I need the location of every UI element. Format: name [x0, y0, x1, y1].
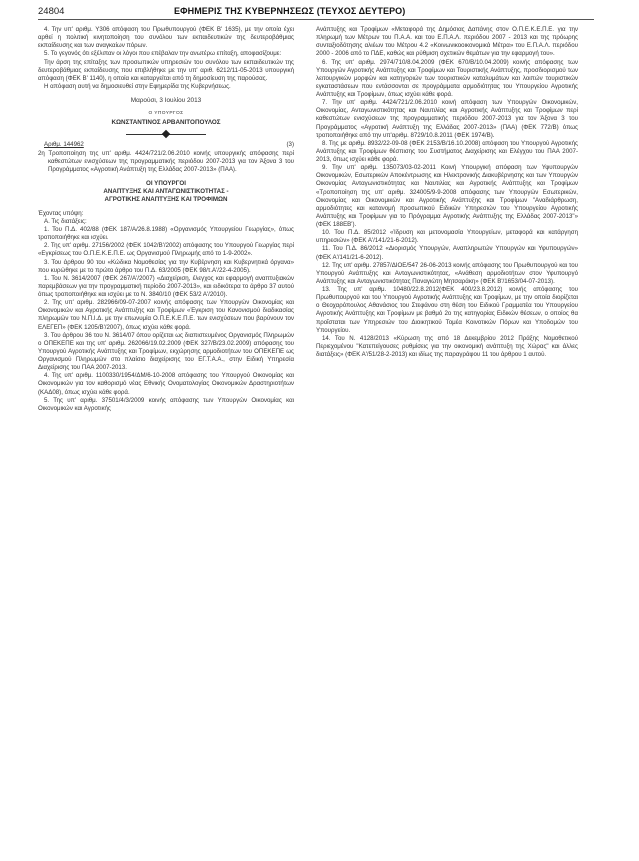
paragraph: Ανάπτυξης και Τροφίμων «Μεταφορά της Δημ… — [316, 26, 578, 59]
place-date: Μαρούσι, 3 Ιουλίου 2013 — [38, 97, 294, 105]
minister-name: ΚΩΝΣΤΑΝΤΙΝΟΣ ΑΡΒΑΝΙΤΟΠΟΥΛΟΣ — [38, 119, 294, 127]
ministers-title: ΟΙ ΥΠΟΥΡΓΟΙ ΑΝΑΠΤΥΞΗΣ ΚΑΙ ΑΝΤΑΓΩΝΙΣΤΙΚΟΤ… — [38, 180, 294, 205]
ministers-title-line: ΑΝΑΠΤΥΞΗΣ ΚΑΙ ΑΝΤΑΓΩΝΙΣΤΙΚΟΤΗΤΑΣ - — [103, 188, 228, 195]
section-a-label: Α. Τις διατάξεις: — [38, 218, 294, 226]
paragraph: 1. Του Π.Δ. 402/88 (ΦΕΚ 187/Α/26.8.1988)… — [38, 226, 294, 242]
decision-sequence: (3) — [280, 141, 294, 149]
paragraph: 13. Της υπ' αριθμ. 10480/22.8.2012(ΦΕΚ 4… — [316, 286, 578, 335]
paragraph: 3. Του άρθρου 36 του Ν. 3614/07 όπου ορί… — [38, 332, 294, 373]
decision-header: Αριθμ. 144962 (3) — [38, 141, 294, 149]
paragraph: 6. Της υπ' αριθμ. 2974/710/8.04.2009 (ΦΕ… — [316, 59, 578, 100]
paragraph: 4. Την υπ' αριθμ. Υ306 απόφαση του Πρωθυ… — [38, 26, 294, 50]
paragraph: 12. Της υπ' αριθμ. 27857/ΔΙΟΕ/547 26-06-… — [316, 262, 578, 286]
paragraph: 5. Το γεγονός ότι εξέλιπαν οι λόγοι που … — [38, 50, 294, 58]
paragraph: 10. Του Π.Δ. 85/2012 «Ίδρυση και μετονομ… — [316, 229, 578, 245]
left-column: 4. Την υπ' αριθμ. Υ306 απόφαση του Πρωθυ… — [38, 26, 294, 413]
decision-subject: 2η Τροποποίηση της υπ' αριθμ. 4424/721/2… — [38, 150, 294, 174]
paragraph: 9. Την υπ' αριθμ. 135073/03-02-2011 Κοιν… — [316, 164, 578, 229]
paragraph: 4. Της υπ' αριθμ. 1100330/1954/ΔΜ/6-10-2… — [38, 372, 294, 396]
diamond-icon — [162, 130, 170, 138]
page-header: 24804 ΕΦΗΜΕΡΙΣ ΤΗΣ ΚΥΒΕΡΝΗΣΕΩΣ (ΤΕΥΧΟΣ Δ… — [38, 5, 594, 20]
paragraph: 11. Του Π.Δ. 86/2012 «Διορισμός Υπουργών… — [316, 245, 578, 261]
decision-number: Αριθμ. 144962 — [38, 141, 84, 149]
right-column: Ανάπτυξης και Τροφίμων «Μεταφορά της Δημ… — [316, 26, 578, 359]
paragraph: 8. Της με αριθμ. 8932/22-09-08 (ΦΕΚ 2153… — [316, 140, 578, 164]
ministers-title-line: ΟΙ ΥΠΟΥΡΓΟΙ — [146, 180, 186, 187]
gazette-title: ΕΦΗΜΕΡΙΣ ΤΗΣ ΚΥΒΕΡΝΗΣΕΩΣ (ΤΕΥΧΟΣ ΔΕΥΤΕΡΟ… — [174, 6, 405, 16]
paragraph: 5. Της υπ' αριθμ. 37501/4/3/2009 κοινής … — [38, 397, 294, 413]
paragraph: 14. Του Ν. 4128/2013 «Κύρωση της από 18 … — [316, 335, 578, 359]
ministers-title-line: ΑΓΡΟΤΙΚΗΣ ΑΝΑΠΤΥΞΗΣ ΚΑΙ ΤΡΟΦΙΜΩΝ — [105, 196, 228, 203]
page-number: 24804 — [38, 6, 64, 17]
paragraph: 2. Της υπ' αριθμ. 27156/2002 (ΦΕΚ 1042/Β… — [38, 242, 294, 258]
paragraph: 3. Του άρθρου 90 του «Κώδικα Νομοθεσίας … — [38, 259, 294, 275]
paragraph: 7. Την υπ' αριθμ. 4424/721/2.06.2010 κοι… — [316, 99, 578, 140]
paragraph: 2. Της υπ' αριθμ. 282966/09-07-2007 κοιν… — [38, 299, 294, 332]
considering-label: Έχοντας υπόψη: — [38, 210, 294, 218]
section-separator-ornament — [126, 130, 206, 139]
minister-role: Ο ΥΠΟΥΡΓΟΣ — [38, 110, 294, 118]
paragraph: Η απόφαση αυτή να δημοσιευθεί στην Εφημε… — [38, 83, 294, 91]
paragraph: 1. Του Ν. 3614/2007 (ΦΕΚ 267/Α'/2007) «Δ… — [38, 275, 294, 299]
paragraph: Την άρση της επίταξης των προσωπικών υπη… — [38, 59, 294, 83]
